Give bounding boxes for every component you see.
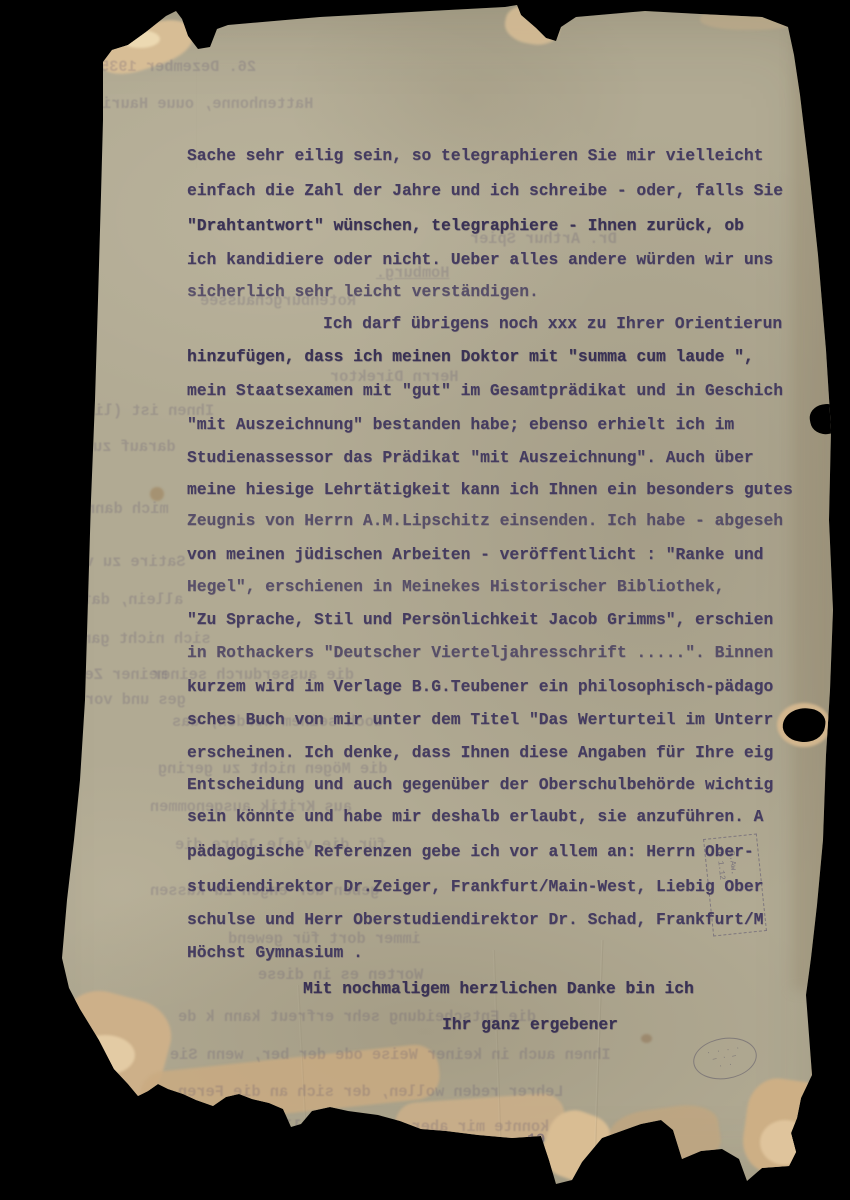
letter-page: 26. Dezember 1935 Hattenhonne, ouue Haur… (0, 0, 850, 1200)
letter-line: "Zu Sprache, Stil und Persönlichkeit Jac… (187, 610, 773, 629)
letter-line: pädagogische Referenzen gebe ich vor all… (187, 842, 754, 861)
torn-edge-highlight (700, 8, 800, 30)
letter-line: Ich darf übrigens noch xxx zu Ihrer Orie… (323, 314, 782, 333)
letter-line: kurzem wird im Verlage B.G.Teubener ein … (187, 677, 773, 696)
letter-line: mein Staatsexamen mit "gut" im Gesamtprä… (187, 381, 783, 400)
letter-line: sicherlich sehr leicht verständigen. (187, 282, 539, 301)
letter-line: Entscheidung und auch gegenüber der Ober… (187, 775, 773, 794)
letter-line: schulse und Herr Oberstudiendirektor Dr.… (187, 910, 763, 929)
torn-edge-highlight (75, 1035, 135, 1075)
bleedthrough-fragment: Ihnen auch in keiner Weise ode der ber, … (170, 1046, 611, 1064)
page-number-fragment: 19 (527, 1131, 545, 1149)
archive-stamp-text: D.Aw. (726, 851, 737, 876)
letter-line: meine hiesige Lehrtätigkeit kann ich Ihn… (187, 480, 793, 499)
bleedthrough-fragment: Lehrer reden wollen, der sich an die Fer… (178, 1083, 564, 1101)
bleedthrough-fragment: darauf zu (93, 438, 176, 456)
torn-edge-highlight (812, 1000, 838, 1140)
torn-edge-highlight (120, 30, 160, 48)
library-stamp-text: · · (718, 1062, 734, 1071)
bleedthrough-fragment: mich dann (86, 500, 169, 518)
archive-stamp-dashed: Vu 1.12 D.Aw. (703, 833, 767, 936)
scan-background: 26. Dezember 1935 Hattenhonne, ouue Haur… (0, 0, 850, 1200)
library-stamp-oval: · · · · — · — · · (690, 1033, 760, 1084)
bleedthrough-fragment: Satire zu ver- (57, 553, 186, 571)
letter-line: "Drahtantwort" wünschen, telegraphiere -… (187, 216, 744, 235)
letter-line: Studienassessor das Prädikat "mit Auszei… (187, 448, 754, 467)
letter-closing-line: Ihr ganz ergebener (442, 1015, 618, 1034)
right-edge-shading (792, 30, 836, 990)
stain-spot (641, 1034, 652, 1043)
stain-spot (150, 487, 164, 501)
letter-line: Hegel", erschienen in Meinekes Historisc… (187, 577, 724, 596)
letter-line: von meinen jüdischen Arbeiten - veröffen… (187, 545, 763, 564)
letter-line: ich kandidiere oder nicht. Ueber alles a… (187, 250, 773, 269)
letter-line: sein könnte und habe mir deshalb erlaubt… (187, 807, 763, 826)
letter-line: Zeugnis von Herrn A.M.Lipschitz einsende… (187, 511, 783, 530)
letter-line: Sache sehr eilig sein, so telegraphieren… (187, 146, 763, 165)
letter-line: Höchst Gymnasium . (187, 943, 363, 962)
torn-edge-highlight (606, 1101, 723, 1176)
letter-line: studiendirektor Dr.Zeiger, Frankfurt/Mai… (187, 877, 763, 896)
torn-edge-highlight (760, 1120, 810, 1165)
archive-stamp-text: Vu 1.12 (714, 846, 726, 880)
letter-line: einfach die Zahl der Jahre und ich schre… (187, 181, 783, 200)
letter-line: hinzufügen, dass ich meinen Doktor mit "… (187, 347, 754, 366)
bleedthrough-fragment: 26. Dezember 1935 (100, 58, 256, 76)
paper-hole (835, 428, 844, 436)
letter-line: sches Buch von mir unter dem Titel "Das … (187, 710, 773, 729)
bleedthrough-fragment: konnte mir aber auch vorstellen, ge (228, 1118, 549, 1136)
letter-closing-line: Mit nochmaligem herzlichen Danke bin ich (303, 979, 694, 998)
letter-line: erscheinen. Ich denke, dass Ihnen diese … (187, 743, 773, 762)
letter-line: in Rothackers "Deutscher Vierteljahressc… (187, 643, 773, 662)
bleedthrough-fragment: ges und vor (85, 691, 186, 709)
torn-edge-highlight (502, 2, 563, 49)
letter-line: "mit Auszeichnung" bestanden habe; ebens… (187, 415, 734, 434)
bleedthrough-fragment: allein, dafür (64, 591, 183, 609)
bleedthrough-fragment: Hattenhonne, ouue Hauris (93, 95, 313, 113)
bleedthrough-fragment: meiner Zeit- (57, 666, 167, 684)
